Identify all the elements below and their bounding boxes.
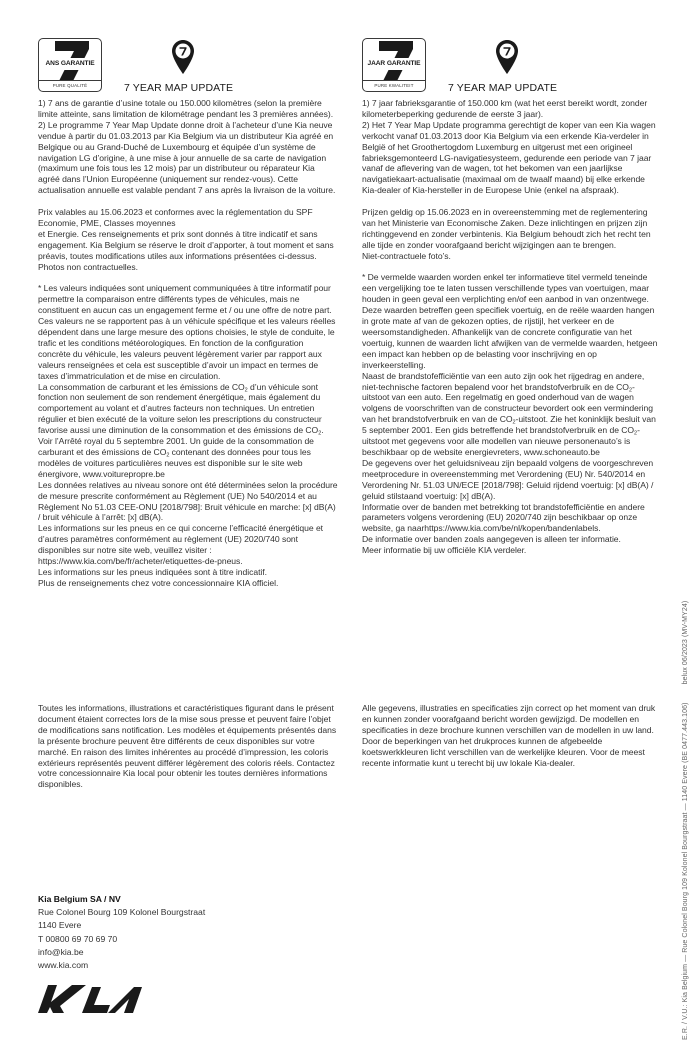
noise-note: Les données relatives au niveau sonore o… <box>38 480 338 524</box>
tyre-note: Les informations sur les pneus en ce qui… <box>38 523 338 567</box>
dealer-note: Plus de renseignements chez votre conces… <box>38 578 338 589</box>
warranty-label: JAAR GARANTIE <box>363 58 425 70</box>
french-terms: 1) 7 ans de garantie d’usine totale ou 1… <box>38 98 338 589</box>
price-validity-line: Prix valables au 15.06.2023 et conformes… <box>38 207 338 229</box>
dutch-terms: 1) 7 jaar fabrieksgarantie of 150.000 km… <box>362 98 662 556</box>
tyre-indicative-note: De informatie over banden zoals aangegev… <box>362 534 662 545</box>
co2-note: Naast de brandstofefficiëntie van een au… <box>362 371 662 458</box>
kia-logo-icon <box>38 985 142 1013</box>
map-pin-icon <box>496 40 518 74</box>
email-link[interactable]: info@kia.be <box>38 946 205 959</box>
map-update-note: 2) Het 7 Year Map Update programma gerec… <box>362 120 662 196</box>
phone-line: T 00800 69 70 69 70 <box>38 933 205 946</box>
warranty-badge-fr: ANS GARANTIE PURE QUALITÉ <box>38 38 102 92</box>
map-update-title: 7 YEAR MAP UPDATE <box>448 82 557 94</box>
map-pin-icon <box>172 40 194 74</box>
values-disclaimer: * Les valeurs indiquées sont uniquement … <box>38 283 338 381</box>
tyre-note: Informatie over de banden met betrekking… <box>362 502 662 535</box>
french-header: ANS GARANTIE PURE QUALITÉ 7 YEAR MAP UPD… <box>38 36 338 98</box>
noise-note: De gegevens over het geluidsniveau zijn … <box>362 458 662 502</box>
photo-note: Niet-contractuele foto’s. <box>362 251 662 262</box>
price-validity-note: Prijzen geldig op 15.06.2023 en in overe… <box>362 207 662 251</box>
warranty-note: 1) 7 ans de garantie d’usine totale ou 1… <box>38 98 338 120</box>
french-disclaimer: Toutes les informations, illustrations e… <box>38 703 338 790</box>
co2-note: La consommation de carburant et les émis… <box>38 382 338 480</box>
warranty-label: ANS GARANTIE <box>39 58 101 70</box>
dutch-column: JAAR GARANTIE PURE KWALITEIT 7 YEAR MAP … <box>362 36 662 556</box>
values-disclaimer: * De vermelde waarden worden enkel ter i… <box>362 272 662 370</box>
website-link[interactable]: www.kia.com <box>38 959 205 972</box>
warranty-sub-label: PURE QUALITÉ <box>39 80 101 91</box>
tyre-indicative-note: Les informations sur les pneus indiquées… <box>38 567 338 578</box>
dutch-header: JAAR GARANTIE PURE KWALITEIT 7 YEAR MAP … <box>362 36 662 98</box>
price-validity-note: et Energie. Ces renseignements et prix s… <box>38 229 338 273</box>
map-update-title: 7 YEAR MAP UPDATE <box>124 82 233 94</box>
publisher-imprint: E.R. / V.U.: Kia Belgium — Rue Colonel B… <box>682 601 689 1040</box>
dutch-disclaimer: Alle gegevens, illustraties en specifica… <box>362 703 662 768</box>
contact-block: Kia Belgium SA / NV Rue Colonel Bourg 10… <box>38 893 205 972</box>
city-line: 1140 Evere <box>38 919 205 932</box>
french-column: ANS GARANTIE PURE QUALITÉ 7 YEAR MAP UPD… <box>38 36 338 589</box>
map-update-note: 2) Le programme 7 Year Map Update donne … <box>38 120 338 196</box>
address-line: Rue Colonel Bourg 109 Kolonel Bourgstraa… <box>38 906 205 919</box>
warranty-badge-nl: JAAR GARANTIE PURE KWALITEIT <box>362 38 426 92</box>
dealer-note: Meer informatie bij uw officiële KIA ver… <box>362 545 662 556</box>
warranty-sub-label: PURE KWALITEIT <box>363 80 425 91</box>
warranty-note: 1) 7 jaar fabrieksgarantie of 150.000 km… <box>362 98 662 120</box>
company-name: Kia Belgium SA / NV <box>38 893 205 906</box>
